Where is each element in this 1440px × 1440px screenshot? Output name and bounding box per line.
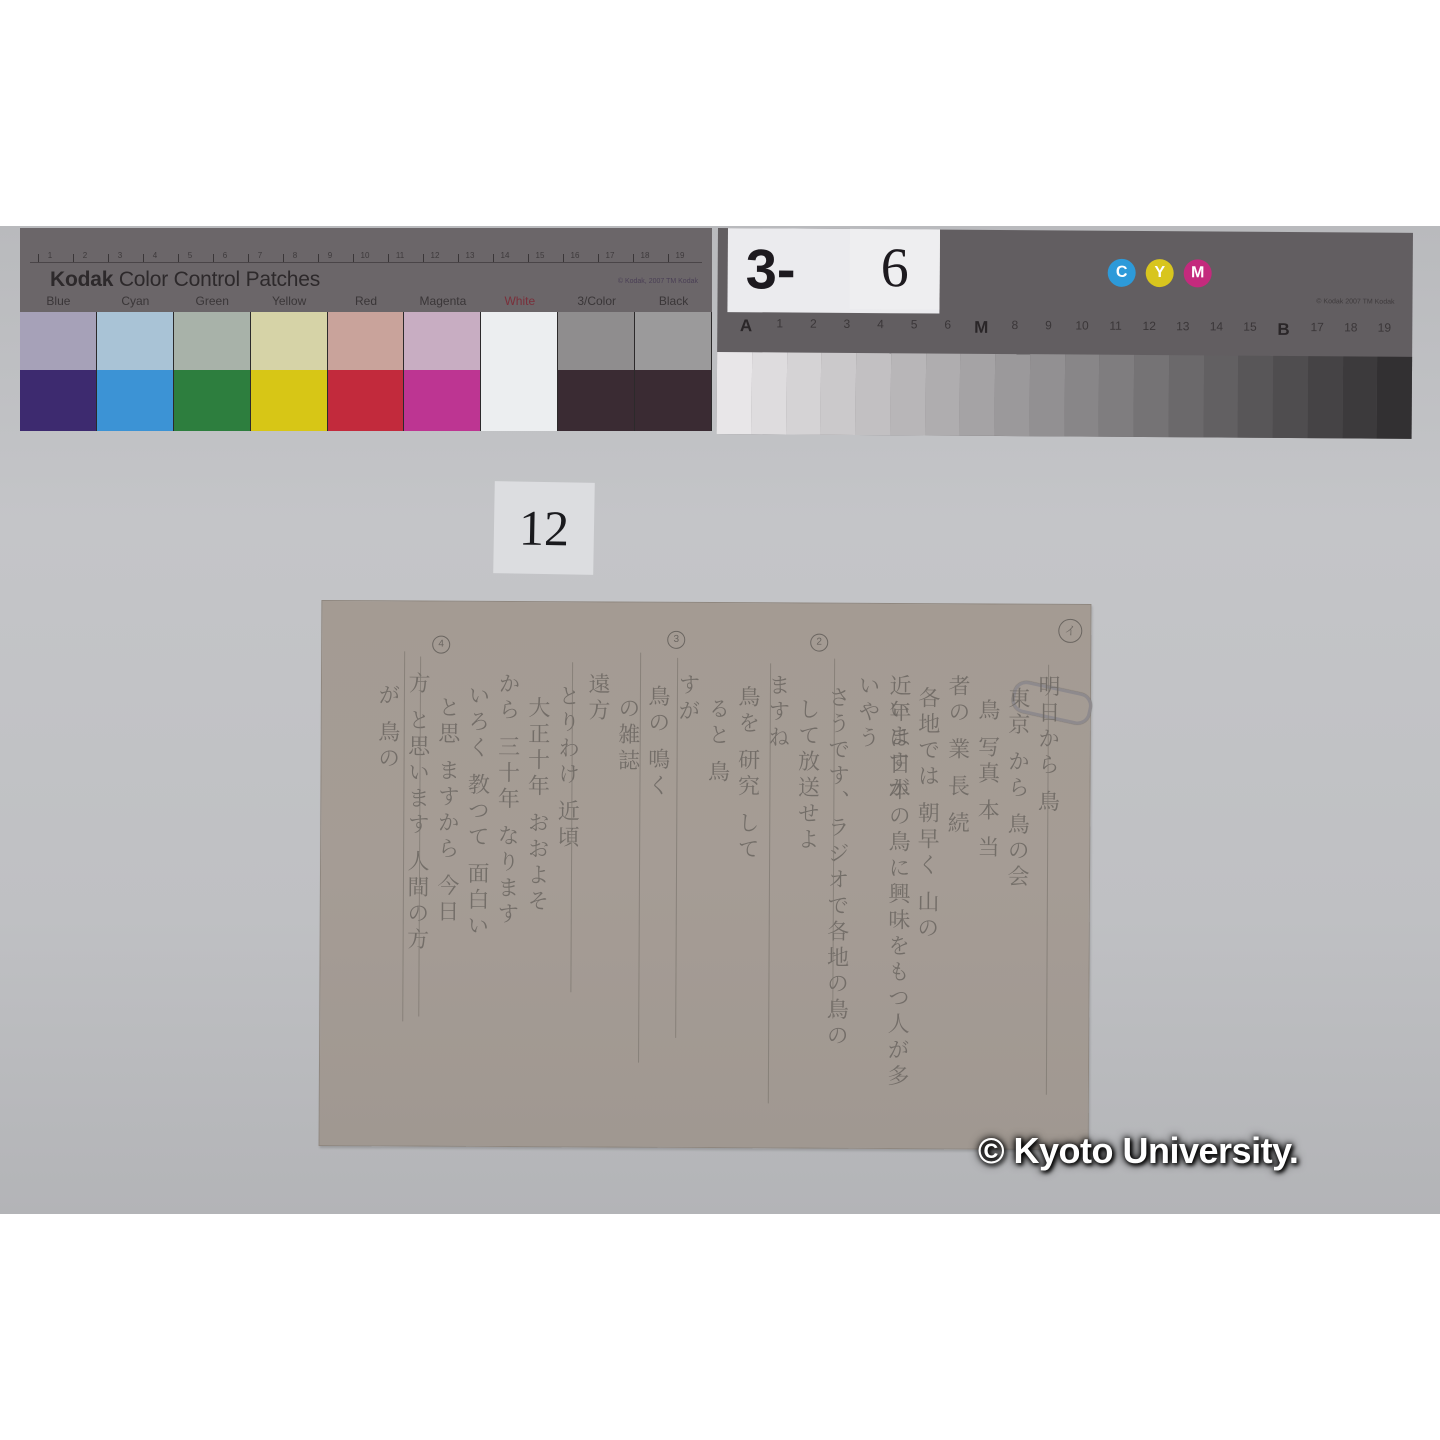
patch-label: 3/Color (558, 294, 635, 310)
ruler-tick (458, 254, 459, 262)
color-patch (97, 312, 174, 370)
ruler-number: 10 (361, 251, 370, 260)
manuscript-column: から 三十年 なります (490, 672, 523, 1112)
ruler-number: 7 (258, 251, 262, 260)
manuscript-column: 方 と思います 人間の方 (400, 671, 433, 1111)
color-patch (20, 312, 97, 370)
gray-step (1064, 354, 1099, 436)
gray-step (1307, 356, 1342, 438)
archival-photo: 12345678910111213141516171819 Kodak Colo… (0, 226, 1440, 1214)
gray-step-label: 9 (1032, 318, 1066, 340)
gray-step-label: 10 (1065, 318, 1099, 340)
gray-step-label: 17 (1300, 320, 1334, 342)
archive-id-label: 3- 6 (727, 228, 940, 313)
ruler-tick (668, 254, 669, 262)
patch-label: White (481, 294, 558, 310)
color-patch (251, 312, 328, 370)
kodak-ruler: 12345678910111213141516171819 (30, 232, 702, 263)
gray-step-label: 14 (1200, 319, 1234, 341)
gray-step-label: 5 (897, 317, 931, 339)
gray-step (925, 353, 960, 435)
ruler-tick (388, 254, 389, 262)
manuscript-column: と思 ますから 今日 (430, 696, 463, 1112)
gray-step (1342, 356, 1377, 438)
ruler-number: 9 (328, 251, 332, 260)
gray-step (856, 353, 891, 435)
manuscript-column: して放送せよ (790, 697, 823, 1113)
ruler-number: 15 (536, 251, 545, 260)
gray-step (1134, 355, 1169, 437)
ruler-number: 3 (118, 251, 122, 260)
manuscript-column: 遠方 (580, 672, 613, 1112)
color-patch (635, 370, 712, 431)
gray-step-label: 6 (931, 317, 965, 339)
ruler-tick (633, 254, 634, 262)
manuscript-column: ると 鳥 (700, 697, 733, 1113)
gray-step (786, 352, 821, 434)
gray-step (1029, 354, 1064, 436)
gray-step (1273, 356, 1308, 438)
gray-step (1238, 356, 1273, 438)
manuscript-column: さうです、ラジオで各地の鳥の (820, 686, 853, 1114)
gray-step (1099, 355, 1134, 437)
gray-step-label: 2 (796, 317, 830, 339)
color-patch (558, 312, 635, 370)
gray-step-label: 15 (1233, 320, 1267, 342)
manuscript-column: いろく 教つて 面白い (460, 684, 493, 1112)
gray-step-label: M (964, 318, 998, 340)
manuscript-column: 者の 業 長 続 (940, 674, 973, 1114)
archive-id-part2: 6 (849, 229, 940, 310)
section-marker: 4 (432, 636, 450, 654)
ruler-number: 17 (606, 251, 615, 260)
patch-labels: BlueCyanGreenYellowRedMagentaWhite3/Colo… (20, 294, 712, 310)
ruler-number: 1 (48, 251, 52, 260)
gray-step-label: 18 (1334, 320, 1368, 342)
section-marker: 3 (667, 631, 685, 649)
ruler-number: 19 (676, 251, 685, 260)
gray-step (717, 352, 752, 434)
ruler-number: 12 (431, 251, 440, 260)
gray-step-label: A (729, 316, 763, 338)
ruler-tick (423, 254, 424, 262)
ruler-tick (353, 254, 354, 262)
patch-label: Red (328, 294, 405, 310)
gray-step (821, 353, 856, 435)
ruler-number: 8 (293, 251, 297, 260)
manuscript-column: 近年は日本の鳥に興味をもつ人が多いやう (850, 674, 914, 1114)
cym-mark-m: M (1184, 259, 1212, 287)
kodak-copyright: © Kodak, 2007 TM Kodak (618, 278, 698, 285)
ruler-tick (563, 254, 564, 262)
gray-step (890, 353, 925, 435)
manuscript-column: が 鳥の (370, 683, 403, 1111)
manuscript-column: 鳥の 鳴く (640, 685, 673, 1113)
kodak-gray-scale-card: 3- 6 CYM © Kodak 2007 TM Kodak A123456M8… (717, 228, 1413, 439)
color-patch (174, 370, 251, 431)
section-marker: 2 (810, 634, 828, 652)
kodak-card-title: Color Control Patches (119, 268, 320, 291)
gray-step-label: 19 (1367, 321, 1401, 343)
gray-step-label: 1 (763, 316, 797, 338)
ruler-tick (598, 254, 599, 262)
ruler-tick (248, 254, 249, 262)
color-patch (97, 370, 174, 431)
color-patches (20, 312, 712, 431)
manuscript-column: 鳥を 研究 して (730, 685, 763, 1113)
gray-step (995, 354, 1030, 436)
ruler-number: 5 (188, 251, 192, 260)
cym-marks: CYM (1108, 259, 1212, 288)
manuscript-column: とりわけ 近頃 (550, 684, 583, 1112)
gray-step-label: 3 (830, 317, 864, 339)
ruler-number: 13 (466, 251, 475, 260)
archive-id-part1: 3- (745, 236, 795, 301)
cym-mark-c: C (1108, 259, 1136, 287)
color-patch (174, 312, 251, 370)
gray-step (1203, 355, 1238, 437)
color-patch (558, 370, 635, 431)
kodak-color-control-card: 12345678910111213141516171819 Kodak Colo… (20, 228, 712, 431)
color-patch (20, 370, 97, 431)
manuscript-column: 各地では 朝早く 山の (910, 686, 943, 1114)
patch-label: Black (635, 294, 712, 310)
sheet-number-card: 12 (493, 481, 595, 575)
kodak-title: Kodak Color Control Patches (50, 268, 320, 292)
gray-step (1168, 355, 1203, 437)
color-patch (404, 370, 481, 431)
ruler-tick (528, 254, 529, 262)
handwritten-manuscript: 明日から 鳥東京 から 鳥の会鳥 写真 本 当者の 業 長 続各地では 朝早く … (319, 600, 1092, 1150)
ruler-tick (143, 254, 144, 262)
ruler-number: 18 (641, 251, 650, 260)
patch-label: Cyan (97, 294, 174, 310)
color-patch (328, 370, 405, 431)
gray-step (960, 354, 995, 436)
ruler-number: 4 (153, 251, 157, 260)
ruler-number: 14 (501, 251, 510, 260)
manuscript-column: 大正十年 おおよそ (520, 696, 553, 1112)
color-patch (481, 312, 558, 431)
ruler-tick (38, 254, 39, 262)
gray-card-copyright: © Kodak 2007 TM Kodak (1316, 298, 1394, 306)
ruler-tick (213, 254, 214, 262)
ruler-number: 2 (83, 251, 87, 260)
gray-step-label: 8 (998, 318, 1032, 340)
gray-step-label: 11 (1099, 319, 1133, 341)
manuscript-column: 鳥 写真 本 当 (970, 698, 1003, 1114)
gray-step-label: B (1267, 320, 1301, 342)
color-patch (404, 312, 481, 370)
gray-step-labels: A123456M89101112131415B171819 (729, 316, 1401, 343)
gray-step-label: 4 (864, 317, 898, 339)
ruler-tick (493, 254, 494, 262)
copyright-watermark: © Kyoto University. (978, 1130, 1298, 1172)
cym-mark-y: Y (1146, 259, 1174, 287)
gray-steps (717, 352, 1413, 439)
ruler-tick (73, 254, 74, 262)
manuscript-column: 東京 から 鳥の会 (1000, 687, 1033, 1115)
ruler-number: 6 (223, 251, 227, 260)
ruler-tick (283, 254, 284, 262)
gray-step (1377, 357, 1412, 439)
patch-label: Blue (20, 294, 97, 310)
manuscript-column: すが (670, 673, 703, 1113)
corner-marker: イ (1058, 619, 1082, 643)
gray-step-label: 13 (1166, 319, 1200, 341)
patch-label: Green (174, 294, 251, 310)
ruler-tick (318, 254, 319, 262)
color-patch (328, 312, 405, 370)
ruler-tick (108, 254, 109, 262)
kodak-brand: Kodak (50, 268, 113, 291)
color-patch (635, 312, 712, 370)
ruler-number: 11 (396, 251, 404, 260)
ruler-number: 16 (571, 251, 580, 260)
gray-step (751, 352, 786, 434)
patch-label: Magenta (404, 294, 481, 310)
color-patch (251, 370, 328, 431)
ruler-tick (178, 254, 179, 262)
patch-label: Yellow (251, 294, 328, 310)
manuscript-column: ますね (760, 673, 793, 1113)
gray-step-label: 12 (1132, 319, 1166, 341)
